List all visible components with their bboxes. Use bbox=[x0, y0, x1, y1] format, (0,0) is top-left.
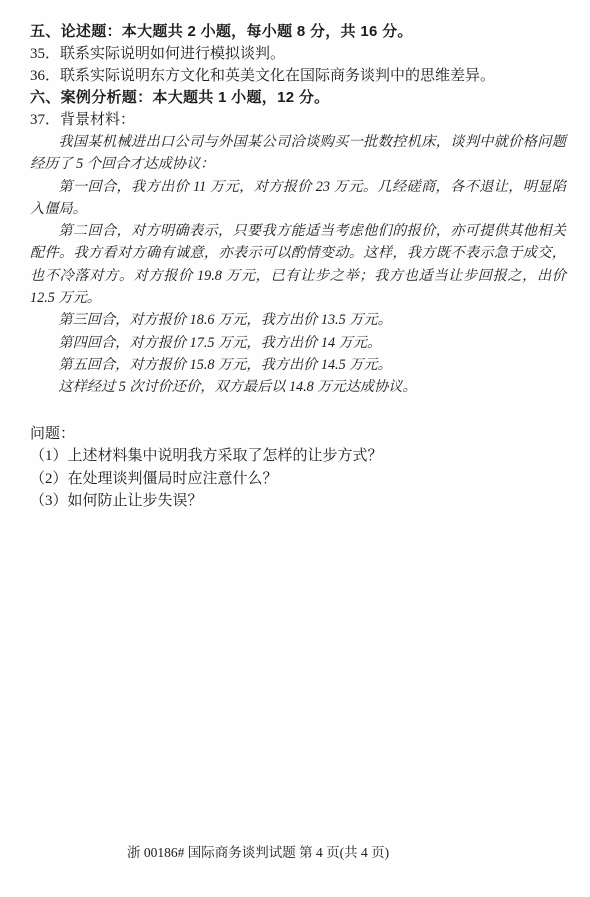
background-paragraph-intro: 我国某机械进出口公司与外国某公司洽谈购买一批数控机床，谈判中就价格问题经历了 5… bbox=[30, 131, 566, 176]
background-paragraph-round-1: 第一回合，我方出价 11 万元，对方报价 23 万元。几经磋商，各不退让，明显陷… bbox=[30, 176, 566, 221]
page-footer: 浙 00186# 国际商务谈判试题 第 4 页(共 4 页) bbox=[127, 845, 389, 861]
section-6-heading: 六、案例分析题：本大题共 1 小题，12 分。 bbox=[30, 87, 566, 109]
exam-content: 五、论述题：本大题共 2 小题，每小题 8 分，共 16 分。 35．联系实际说… bbox=[30, 21, 566, 513]
background-paragraph-round-4: 第四回合，对方报价 17.5 万元，我方出价 14 万元。 bbox=[30, 332, 566, 354]
question-35: 35．联系实际说明如何进行模拟谈判。 bbox=[30, 43, 566, 65]
case-question-2: （2）在处理谈判僵局时应注意什么？ bbox=[30, 468, 566, 491]
section-5-heading: 五、论述题：本大题共 2 小题，每小题 8 分，共 16 分。 bbox=[30, 21, 566, 43]
question-37-label: 37．背景材料： bbox=[30, 109, 566, 131]
background-paragraph-round-3: 第三回合，对方报价 18.6 万元，我方出价 13.5 万元。 bbox=[30, 309, 566, 331]
case-questions-label: 问题： bbox=[30, 423, 566, 446]
background-paragraph-round-5: 第五回合，对方报价 15.8 万元，我方出价 14.5 万元。 bbox=[30, 354, 566, 376]
question-36: 36．联系实际说明东方文化和英美文化在国际商务谈判中的思维差异。 bbox=[30, 65, 566, 87]
exam-page: 五、论述题：本大题共 2 小题，每小题 8 分，共 16 分。 35．联系实际说… bbox=[0, 0, 590, 897]
case-question-3: （3）如何防止让步失误？ bbox=[30, 490, 566, 513]
background-paragraph-round-2: 第二回合，对方明确表示，只要我方能适当考虑他们的报价，亦可提供其他相关配件。我方… bbox=[30, 220, 566, 309]
case-question-1: （1）上述材料集中说明我方采取了怎样的让步方式？ bbox=[30, 445, 566, 468]
background-paragraph-conclusion: 这样经过 5 次讨价还价，双方最后以 14.8 万元达成协议。 bbox=[30, 376, 566, 398]
